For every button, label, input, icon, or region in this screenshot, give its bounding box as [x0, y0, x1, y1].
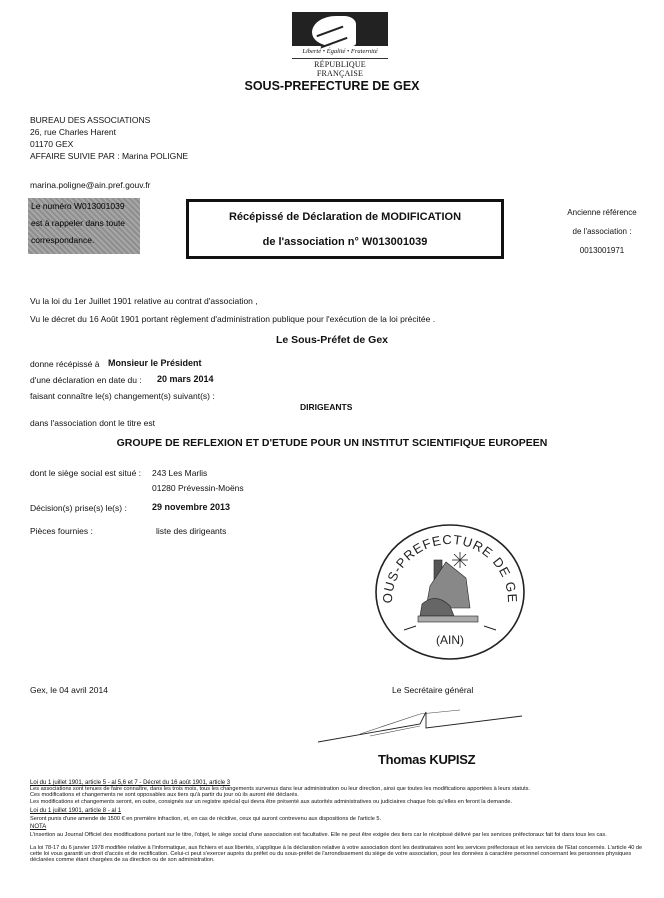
donne-value: Monsieur le Président: [108, 358, 202, 368]
document-title: SOUS-PREFECTURE DE GEX: [0, 79, 664, 93]
signature-icon: [310, 700, 530, 750]
reference-notice-box: Le numéro W013001039 est à rappeler dans…: [28, 198, 140, 254]
old-reference-label: Ancienne référence: [540, 203, 664, 222]
legal-vu-loi: Vu la loi du 1er Juillet 1901 relative a…: [30, 292, 435, 310]
old-reference-label: de l'association :: [540, 222, 664, 241]
contact-email[interactable]: marina.poligne@ain.pref.gouv.fr: [30, 180, 150, 190]
bureau-address: BUREAU DES ASSOCIATIONS 26, rue Charles …: [30, 114, 188, 162]
marianne-icon: [292, 12, 388, 46]
footer-paragraph: La loi 78-17 du 6 janvier 1978 modifiée …: [30, 845, 650, 864]
bureau-city: 01170 GEX: [30, 138, 188, 150]
signer-name: Thomas KUPISZ: [378, 752, 475, 767]
logo-motto: Liberté • Égalité • Fraternité: [292, 48, 388, 55]
titre-label: dans l'association dont le titre est: [30, 418, 155, 428]
siege-label: dont le siège social est situé :: [30, 468, 141, 478]
changements-label: faisant connaître le(s) changement(s) su…: [30, 391, 215, 401]
notice-line: est à rappeler dans toute: [31, 215, 140, 232]
donne-label: donne récépissé à: [30, 359, 99, 369]
notice-line: correspondance.: [31, 232, 140, 249]
legal-references: Vu la loi du 1er Juillet 1901 relative a…: [30, 292, 435, 328]
issuer-heading: Le Sous-Préfet de Gex: [0, 334, 664, 346]
declaration-label: d'une déclaration en date du :: [30, 375, 142, 385]
legal-vu-decret: Vu le décret du 16 Août 1901 portant règ…: [30, 310, 435, 328]
bureau-affaire: AFFAIRE SUIVIE PAR : Marina POLIGNE: [30, 150, 188, 162]
old-reference-value: 0013001971: [540, 241, 664, 260]
association-title: GROUPE DE REFLEXION ET D'ETUDE POUR UN I…: [0, 437, 664, 449]
footer-paragraph: Les modifications et changements seront,…: [30, 799, 650, 805]
pieces-value: liste des dirigeants: [156, 526, 226, 536]
logo-republic-label: RÉPUBLIQUE FRANÇAISE: [292, 58, 388, 78]
recepisse-title-box: Récépissé de Déclaration de MODIFICATION…: [186, 199, 504, 259]
old-reference: Ancienne référence de l'association : 00…: [540, 203, 664, 260]
changements-value: DIRIGEANTS: [300, 402, 352, 412]
republique-francaise-logo: Liberté • Égalité • Fraternité RÉPUBLIQU…: [292, 12, 388, 70]
footer-heading: Loi du 1 juillet 1901, article 8 - al 1: [30, 808, 650, 814]
declaration-date: 20 mars 2014: [157, 374, 214, 384]
footer-heading: NOTA: [30, 824, 650, 830]
svg-text:(AIN): (AIN): [436, 633, 464, 647]
notice-line: Le numéro W013001039: [31, 198, 140, 215]
place-date: Gex, le 04 avril 2014: [30, 685, 108, 695]
decision-label: Décision(s) prise(s) le(s) :: [30, 503, 127, 513]
bureau-name: BUREAU DES ASSOCIATIONS: [30, 114, 188, 126]
signer-role: Le Secrétaire général: [392, 685, 473, 695]
footer-paragraph: L'insertion au Journal Officiel des modi…: [30, 832, 650, 838]
official-stamp-icon: SOUS-PREFECTURE DE GEX (AIN): [374, 522, 526, 660]
bureau-street: 26, rue Charles Harent: [30, 126, 188, 138]
siege-address-line1: 243 Les Marlis: [152, 468, 207, 478]
footer-legal-text: Loi du 1 juillet 1901, article 5 - al 5,…: [30, 780, 650, 863]
decision-date: 29 novembre 2013: [152, 502, 230, 512]
recepisse-line2: de l'association n° W013001039: [189, 236, 501, 248]
recepisse-line1: Récépissé de Déclaration de MODIFICATION: [189, 211, 501, 223]
siege-address-line2: 01280 Prévessin-Moëns: [152, 483, 244, 493]
footer-paragraph: Seront punis d'une amende de 1500 € en p…: [30, 816, 650, 822]
pieces-label: Pièces fournies :: [30, 526, 93, 536]
